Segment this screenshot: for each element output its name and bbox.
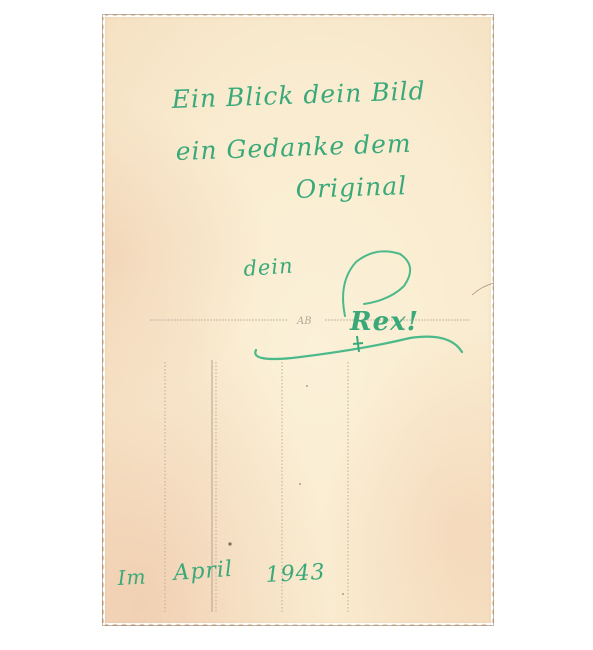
handwritten-date: Im April 1943 — [116, 557, 326, 590]
signature-text: Rex! — [349, 307, 419, 337]
message-closing: dein — [243, 254, 295, 281]
printed-divider: AB — [150, 316, 470, 327]
printed-mark: AB — [296, 316, 312, 327]
postcard-markings: AB Ein Blick dein Bild ein Gedanke dem O… — [0, 0, 593, 650]
date-prefix: Im — [116, 565, 147, 591]
date-month: April — [171, 557, 234, 586]
date-year: 1943 — [265, 560, 326, 588]
handwritten-message: Ein Blick dein Bild ein Gedanke dem Orig… — [170, 76, 426, 281]
crease-mark — [472, 283, 494, 295]
message-line-3: Original — [295, 171, 407, 204]
message-line-1: Ein Blick dein Bild — [170, 76, 426, 114]
message-line-2: ein Gedanke dem — [175, 129, 412, 166]
